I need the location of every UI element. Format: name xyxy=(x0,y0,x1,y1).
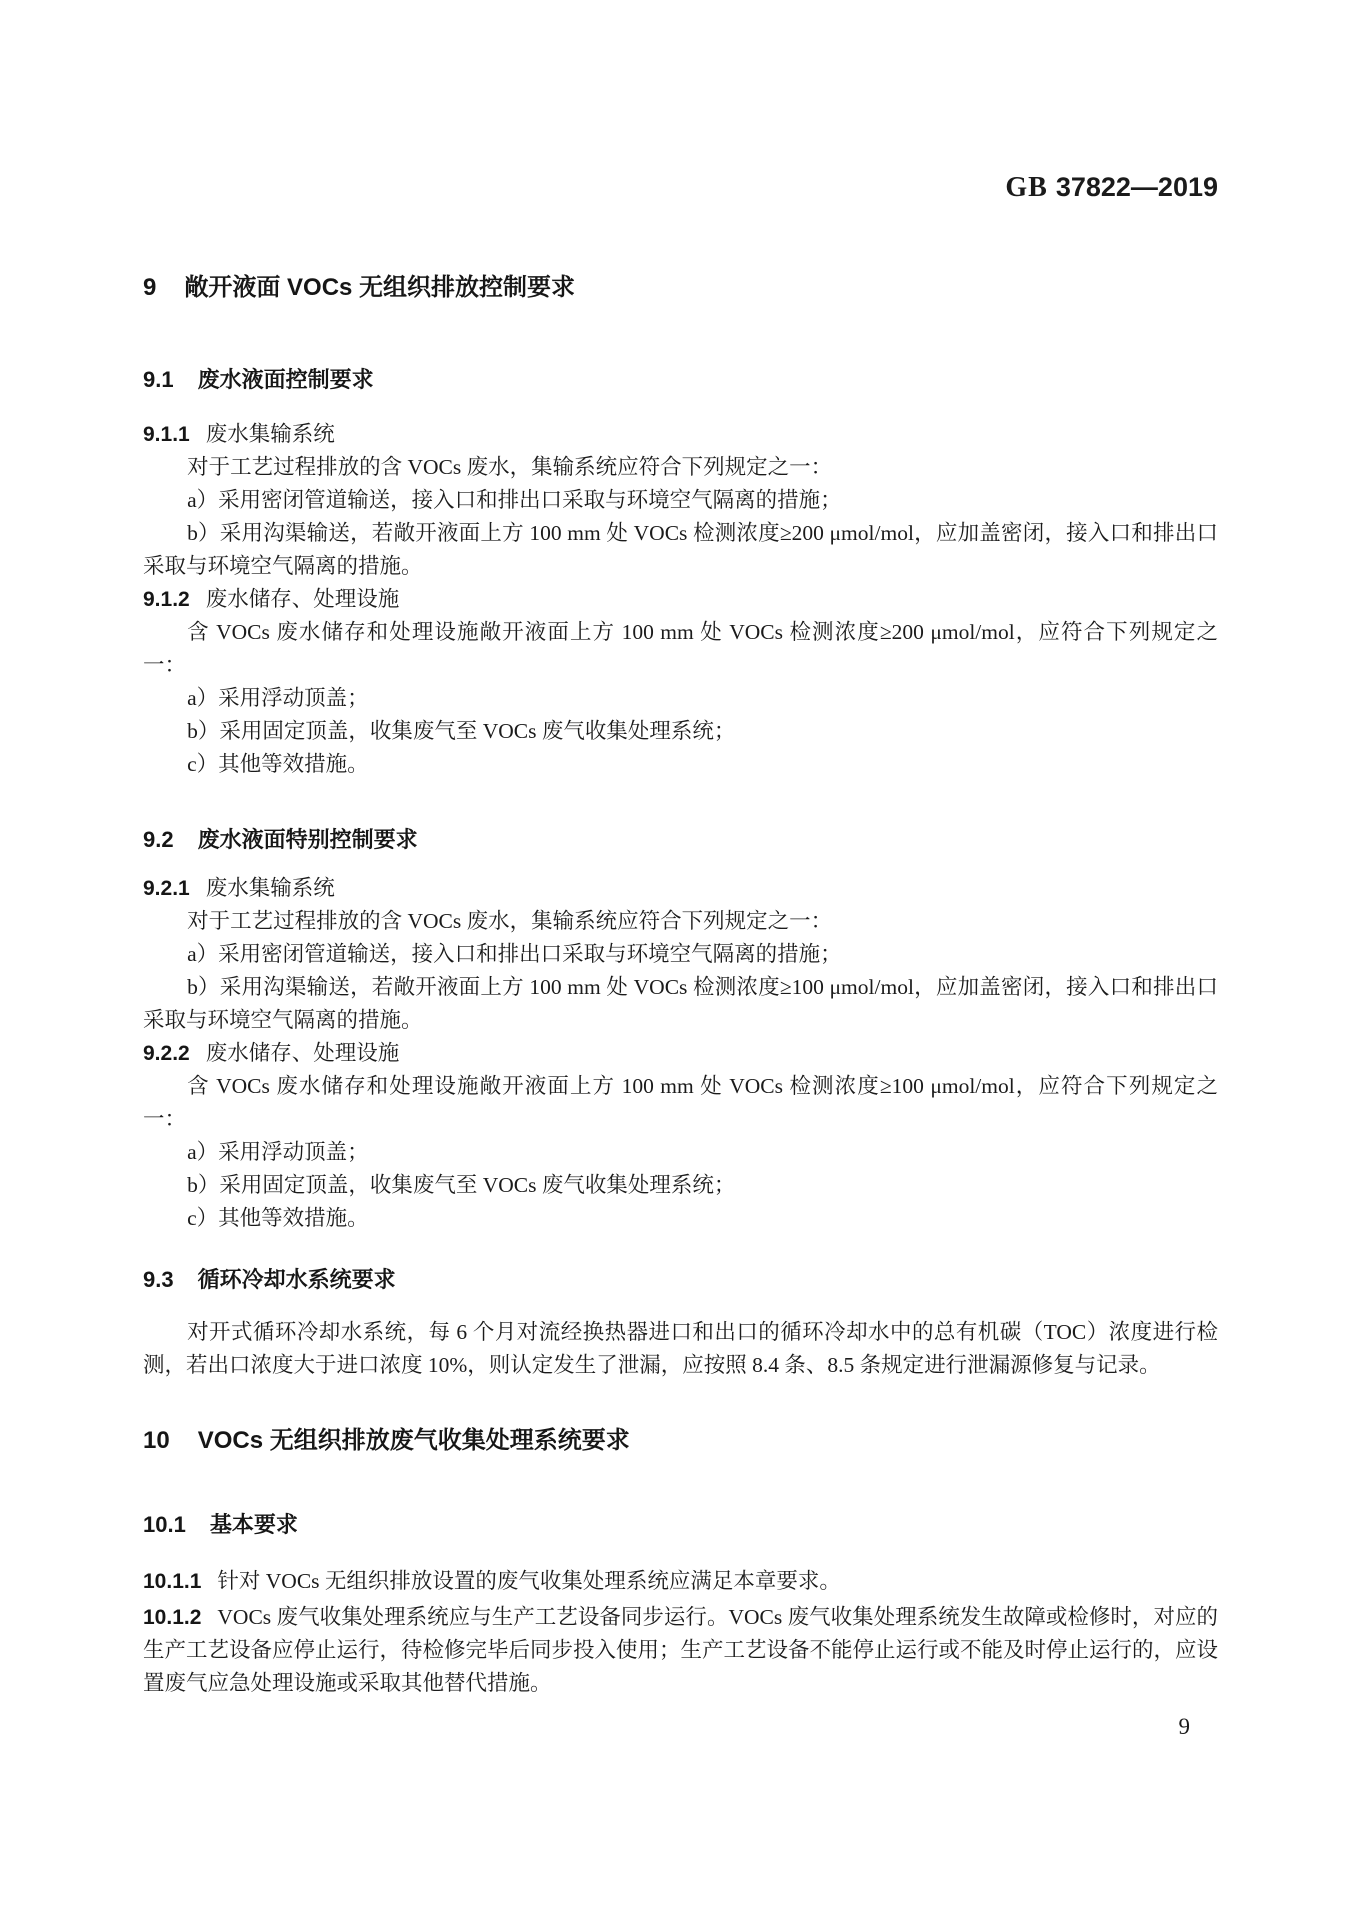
standard-code: GB37822—2019 xyxy=(1005,183,1218,200)
clause-9-1-1-number: 9.1.1 xyxy=(143,423,190,446)
clause-9-1-2-heading: 9.1.2废水储存、处理设施 xyxy=(143,583,1218,616)
clause-9-2-2-heading: 9.2.2废水储存、处理设施 xyxy=(143,1037,1218,1070)
clause-10-1-1-text: 针对 VOCs 无组织排放设置的废气收集处理系统应满足本章要求。 xyxy=(217,1569,841,1593)
clause-9-1-2-title: 废水储存、处理设施 xyxy=(206,587,400,611)
section-9-1-heading: 9.1废水液面控制要求 xyxy=(143,365,1218,394)
chapter-10-number: 10 xyxy=(143,1427,170,1454)
page-number: 9 xyxy=(1179,1714,1191,1739)
section-10-1-heading: 10.1基本要求 xyxy=(143,1510,1218,1539)
section-9-3-heading: 9.3循环冷却水系统要求 xyxy=(143,1265,1218,1294)
clause-9-2-2-item-a: a）采用浮动顶盖； xyxy=(143,1136,1218,1169)
clause-10-1-2-text: VOCs 废气收集处理系统应与生产工艺设备同步运行。VOCs 废气收集处理系统发… xyxy=(143,1605,1218,1695)
clause-9-1-1-item-a: a）采用密闭管道输送，接入口和排出口采取与环境空气隔离的措施； xyxy=(143,484,1218,517)
clause-9-1-2-item-c: c）其他等效措施。 xyxy=(143,748,1218,781)
clause-10-1-1-paragraph: 10.1.1针对 VOCs 无组织排放设置的废气收集处理系统应满足本章要求。 xyxy=(143,1565,1218,1598)
section-9-3-title: 循环冷却水系统要求 xyxy=(198,1267,396,1292)
section-9-1-title: 废水液面控制要求 xyxy=(198,367,374,392)
chapter-9-number: 9 xyxy=(143,274,156,301)
clause-9-1-2-number: 9.1.2 xyxy=(143,588,190,611)
section-9-3-number: 9.3 xyxy=(143,1267,174,1292)
section-10-1-title: 基本要求 xyxy=(210,1512,298,1537)
section-9-2-title: 废水液面特别控制要求 xyxy=(198,827,418,852)
clause-9-1-1-heading: 9.1.1废水集输系统 xyxy=(143,418,1218,451)
chapter-10-title: VOCs 无组织排放废气收集处理系统要求 xyxy=(198,1427,630,1454)
section-9-2-number: 9.2 xyxy=(143,827,174,852)
clause-9-2-2-intro: 含 VOCs 废水储存和处理设施敞开液面上方 100 mm 处 VOCs 检测浓… xyxy=(143,1070,1218,1136)
clause-10-1-2-paragraph: 10.1.2VOCs 废气收集处理系统应与生产工艺设备同步运行。VOCs 废气收… xyxy=(143,1601,1218,1700)
clause-9-2-1-item-b: b）采用沟渠输送，若敞开液面上方 100 mm 处 VOCs 检测浓度≥100 … xyxy=(143,971,1218,1037)
page-header: GB37822—2019 xyxy=(143,170,1218,209)
chapter-10-heading: 10VOCs 无组织排放废气收集处理系统要求 xyxy=(143,1426,1218,1456)
clause-9-2-1-item-a: a）采用密闭管道输送，接入口和排出口采取与环境空气隔离的措施； xyxy=(143,938,1218,971)
clause-9-2-1-title: 废水集输系统 xyxy=(206,876,335,900)
clause-9-1-1-intro: 对于工艺过程排放的含 VOCs 废水，集输系统应符合下列规定之一： xyxy=(143,451,1218,484)
clause-9-1-2-item-b: b）采用固定顶盖，收集废气至 VOCs 废气收集处理系统； xyxy=(143,715,1218,748)
clause-9-2-2-item-c: c）其他等效措施。 xyxy=(143,1202,1218,1235)
clause-10-1-2-number: 10.1.2 xyxy=(143,1606,201,1629)
standard-code-number: 37822—2019 xyxy=(1056,172,1218,202)
chapter-9-heading: 9敞开液面 VOCs 无组织排放控制要求 xyxy=(143,273,1218,303)
standard-code-prefix: GB xyxy=(1005,172,1047,203)
section-9-3-paragraph: 对开式循环冷却水系统，每 6 个月对流经换热器进口和出口的循环冷却水中的总有机碳… xyxy=(143,1316,1218,1382)
chapter-9-title: 敞开液面 VOCs 无组织排放控制要求 xyxy=(184,274,575,301)
section-9-2-heading: 9.2废水液面特别控制要求 xyxy=(143,825,1218,854)
clause-9-2-1-intro: 对于工艺过程排放的含 VOCs 废水，集输系统应符合下列规定之一： xyxy=(143,905,1218,938)
clause-9-2-1-heading: 9.2.1废水集输系统 xyxy=(143,872,1218,905)
section-9-1-number: 9.1 xyxy=(143,367,174,392)
clause-9-2-1-number: 9.2.1 xyxy=(143,877,190,900)
section-10-1-number: 10.1 xyxy=(143,1512,186,1537)
clause-9-1-2-item-a: a）采用浮动顶盖； xyxy=(143,682,1218,715)
clause-9-1-2-intro: 含 VOCs 废水储存和处理设施敞开液面上方 100 mm 处 VOCs 检测浓… xyxy=(143,616,1218,682)
clause-10-1-1-number: 10.1.1 xyxy=(143,1570,201,1593)
clause-9-1-1-title: 废水集输系统 xyxy=(206,422,335,446)
clause-9-2-2-number: 9.2.2 xyxy=(143,1042,190,1065)
clause-9-2-2-title: 废水储存、处理设施 xyxy=(206,1041,400,1065)
document-page: GB37822—2019 9敞开液面 VOCs 无组织排放控制要求 9.1废水液… xyxy=(0,0,1361,1909)
clause-9-2-2-item-b: b）采用固定顶盖，收集废气至 VOCs 废气收集处理系统； xyxy=(143,1169,1218,1202)
clause-9-1-1-item-b: b）采用沟渠输送，若敞开液面上方 100 mm 处 VOCs 检测浓度≥200 … xyxy=(143,517,1218,583)
page-footer: 9 xyxy=(143,1712,1218,1742)
